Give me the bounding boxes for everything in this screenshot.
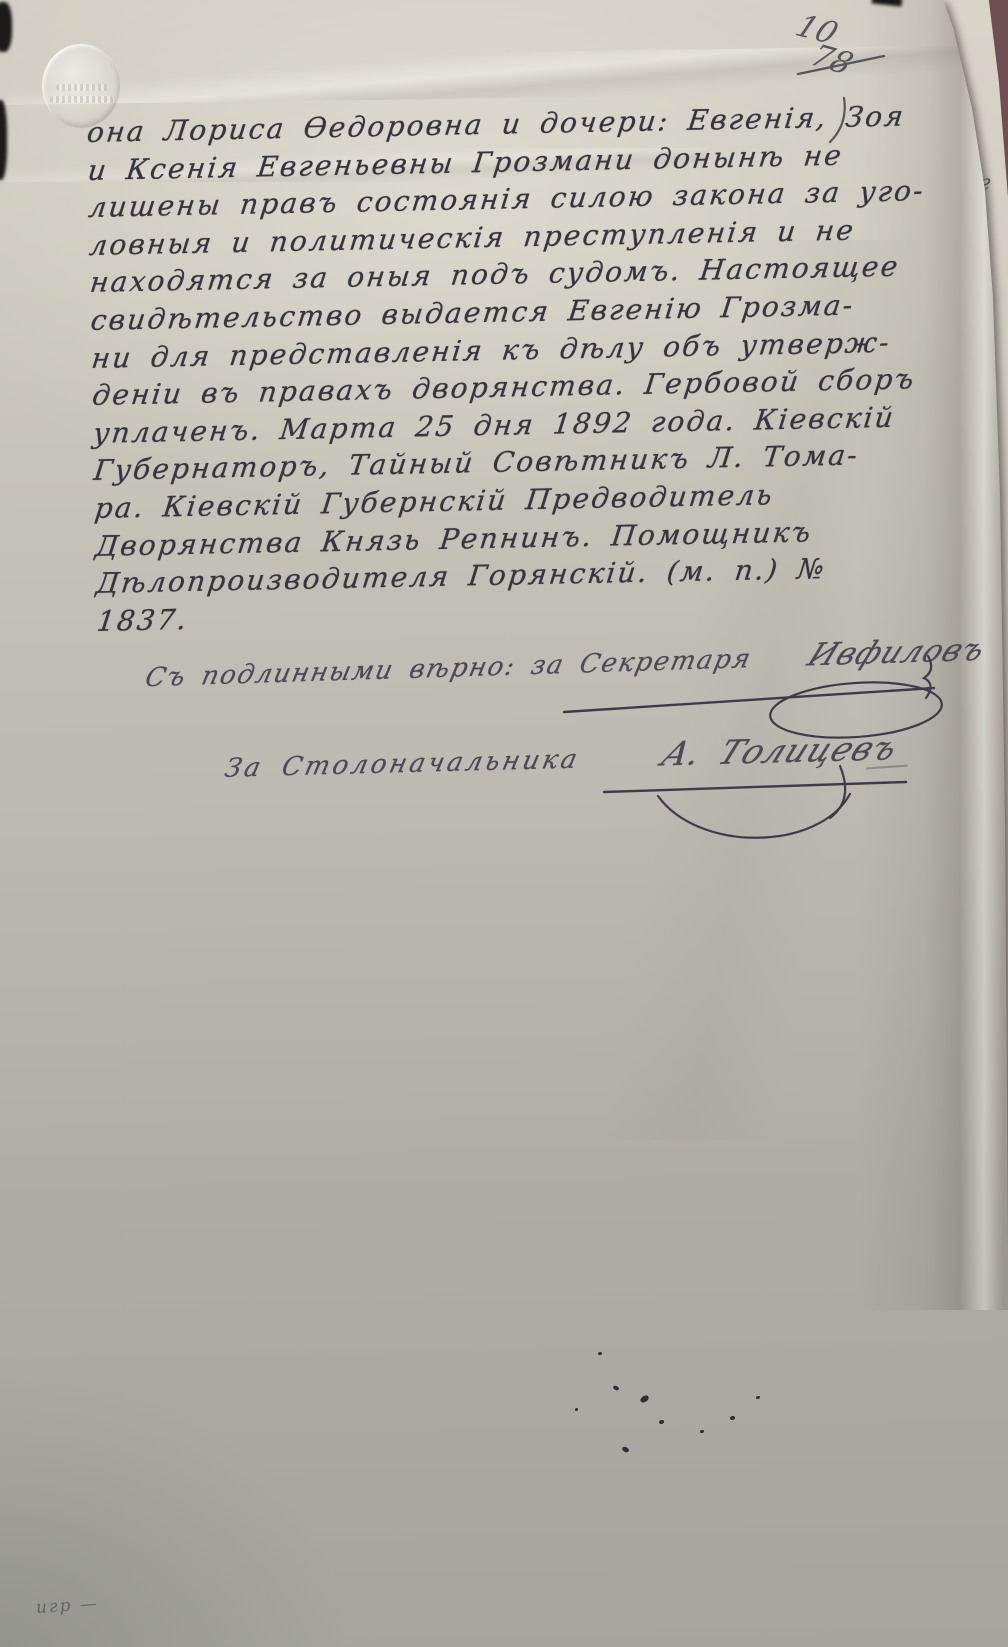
clerk-line: За СтолоначальникаА. Толицевъ (222, 728, 902, 785)
photo-edge-mark (0, 2, 12, 52)
clerk-text: За Столоначальника (222, 744, 583, 783)
ink-dot (756, 1396, 760, 1399)
embossed-stamp-detail (56, 84, 108, 91)
manuscript-text-block: она Лориса Ѳедоровна и дочери: Евгенія, … (84, 99, 931, 642)
certification-text: Съ подлинными вѣрно: за Секретаря (143, 644, 755, 693)
ink-dot (621, 1445, 630, 1453)
ink-dot (612, 1385, 619, 1392)
ink-dot (639, 1394, 650, 1403)
main-page-wrapper: 10 78 она Лориса Ѳедоровна и дочери: Евг… (0, 0, 1008, 1647)
photo-edge-mark (0, 100, 7, 180)
ink-dot (659, 1420, 664, 1424)
ink-dot (575, 1408, 578, 1411)
bottom-left-pencil-note: игр — (35, 1594, 99, 1618)
photographed-archival-document: те ко мъ и се ж н і 10 78 (0, 0, 1008, 1647)
ink-dot (598, 1352, 602, 1355)
secretary-signature: Ивфиловъ (802, 632, 992, 674)
manuscript-page: 10 78 она Лориса Ѳедоровна и дочери: Евг… (0, 0, 1008, 1647)
ink-dot (700, 1430, 704, 1433)
embossed-stamp-detail (50, 96, 114, 103)
ink-dot (730, 1416, 735, 1420)
